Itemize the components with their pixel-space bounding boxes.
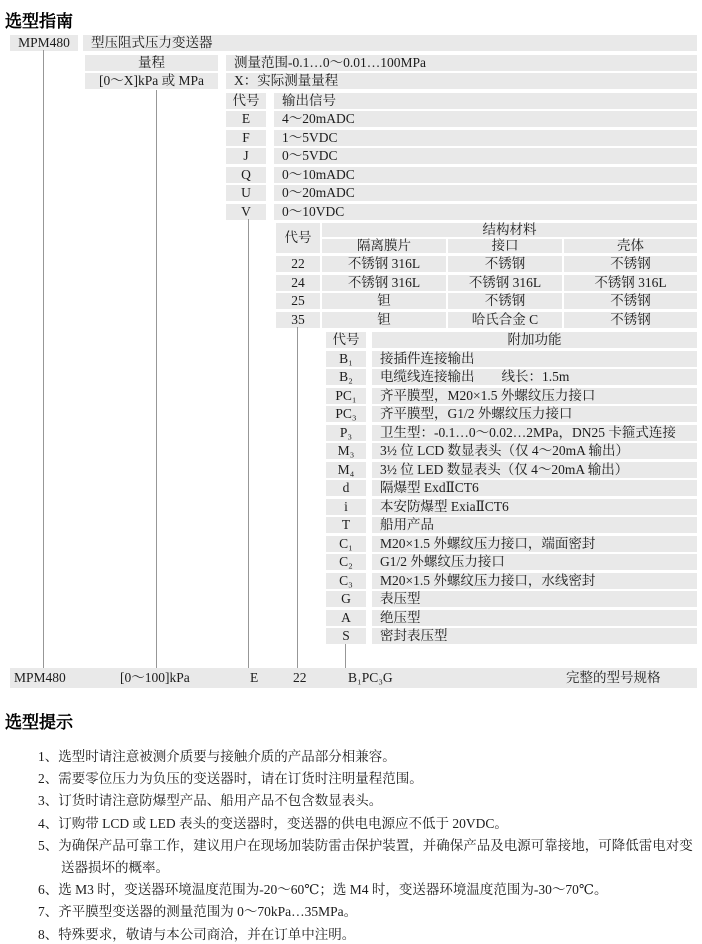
port-cell: 不锈钢 (448, 256, 562, 272)
summary-functions: B₁PC₃G (348, 668, 393, 688)
connector-line-material (297, 327, 298, 668)
code-cell: B₂ (326, 369, 366, 385)
diaphragm-cell: 钽 (322, 312, 446, 328)
code-cell: G (326, 591, 366, 607)
material-row: 25 钽 不锈钢 不锈钢 (0, 293, 702, 309)
function-row: PC₁ 齐平膜型，M20×1.5 外螺纹压力接口 (0, 388, 702, 404)
summary-model: MPM480 (14, 668, 66, 688)
desc-cell: 齐平膜型，M20×1.5 外螺纹压力接口 (372, 388, 697, 404)
range-description: 测量范围-0.1…0～0.01…100MPa (226, 55, 697, 71)
materials-col-header: 隔离膜片 (322, 239, 446, 253)
function-row: A 绝压型 (0, 610, 702, 626)
desc-cell: 0～10VDC (274, 204, 697, 220)
range-x-row: [0～X]kPa 或 MPa X：实际测量量程 (0, 73, 702, 89)
code-cell: C₂ (326, 554, 366, 570)
code-cell: i (326, 499, 366, 515)
code-cell: M₃ (326, 443, 366, 459)
tip-item: 8、特殊要求，敬请与本公司商洽，并在订单中注明。 (38, 924, 696, 944)
desc-cell: 表压型 (372, 591, 697, 607)
materials-header: 代号 结构材料 隔离膜片 接口 壳体 (0, 223, 702, 256)
tips-section-title: 选型提示 (5, 708, 73, 733)
output-row: J 0～5VDC (0, 148, 702, 164)
tip-item: 6、选 M3 时，变送器环境温度范围为-20～60℃；选 M4 时，变送器环境温… (38, 879, 696, 901)
code-cell: M₄ (326, 462, 366, 478)
function-row: M₃ 3½ 位 LCD 数显表头（仅 4～20mA 输出） (0, 443, 702, 459)
desc-cell: 隔爆型 ExdⅡCT6 (372, 480, 697, 496)
desc-cell: 3½ 位 LCD 数显表头（仅 4～20mA 输出） (372, 443, 697, 459)
diaphragm-cell: 钽 (322, 293, 446, 309)
desc-cell: G1/2 外螺纹压力接口 (372, 554, 697, 570)
code-cell: 25 (276, 293, 320, 309)
materials-table: 代号 结构材料 隔离膜片 接口 壳体 22 不锈钢 316L 不锈钢 不锈钢 2… (0, 223, 702, 330)
output-header-desc: 输出信号 (274, 93, 697, 109)
connector-line-model (43, 50, 44, 668)
output-header-code: 代号 (226, 93, 266, 109)
tip-item: 2、需要零位压力为负压的变送器时，请在订货时注明量程范围。 (38, 768, 696, 790)
desc-cell: M20×1.5 外螺纹压力接口，水线密封 (372, 573, 697, 589)
function-row: i 本安防爆型 ExiaⅡCT6 (0, 499, 702, 515)
material-row: 24 不锈钢 316L 不锈钢 316L 不锈钢 316L (0, 275, 702, 291)
function-row: M₄ 3½ 位 LED 数显表头（仅 4～20mA 输出） (0, 462, 702, 478)
desc-cell: M20×1.5 外螺纹压力接口，端面密封 (372, 536, 697, 552)
function-row: C₂ G1/2 外螺纹压力接口 (0, 554, 702, 570)
port-cell: 哈氏合金 C (448, 312, 562, 328)
code-cell: T (326, 517, 366, 533)
code-cell: V (226, 204, 266, 220)
desc-cell: 电缆线连接输出 线长：1.5m (372, 369, 697, 385)
tip-item: 7、齐平膜型变送器的测量范围为 0～70kPa…35MPa。 (38, 901, 696, 923)
diaphragm-cell: 不锈钢 316L (322, 256, 446, 272)
connector-line-range (156, 90, 157, 668)
code-cell: PC₃ (326, 406, 366, 422)
function-row: T 船用产品 (0, 517, 702, 533)
desc-cell: 4～20mADC (274, 111, 697, 127)
desc-cell: 船用产品 (372, 517, 697, 533)
output-row: V 0～10VDC (0, 204, 702, 220)
function-row: d 隔爆型 ExdⅡCT6 (0, 480, 702, 496)
code-cell: S (326, 628, 366, 644)
function-row: P₃ 卫生型：-0.1…0～0.02…2MPa，DN25 卡箍式连接 (0, 425, 702, 441)
functions-header-desc: 附加功能 (372, 332, 697, 348)
code-cell: 22 (276, 256, 320, 272)
material-row: 35 钽 哈氏合金 C 不锈钢 (0, 312, 702, 328)
desc-cell: 本安防爆型 ExiaⅡCT6 (372, 499, 697, 515)
summary-output: E (250, 668, 258, 688)
desc-cell: 0～20mADC (274, 185, 697, 201)
materials-header-code: 代号 (276, 223, 320, 253)
output-row: U 0～20mADC (0, 185, 702, 201)
tip-item: 1、选型时请注意被测介质要与接触介质的产品部分相兼容。 (38, 746, 696, 768)
desc-cell: 0～10mADC (274, 167, 697, 183)
desc-cell: 绝压型 (372, 610, 697, 626)
diaphragm-cell: 不锈钢 316L (322, 275, 446, 291)
output-header-row: 代号 输出信号 (0, 93, 702, 109)
range-x-description: X：实际测量量程 (226, 73, 697, 89)
code-cell: C₁ (326, 536, 366, 552)
output-signal-table: 代号 输出信号 E 4～20mADC F 1～5VDC J 0～5VDC Q 0… (0, 93, 702, 223)
model-code: MPM480 (10, 35, 78, 51)
code-cell: PC₁ (326, 388, 366, 404)
desc-cell: 接插件连接输出 (372, 351, 697, 367)
tips-list: 1、选型时请注意被测介质要与接触介质的产品部分相兼容。 2、需要零位压力为负压的… (38, 746, 696, 944)
code-cell: A (326, 610, 366, 626)
desc-cell: 1～5VDC (274, 130, 697, 146)
connector-line-function (345, 644, 346, 668)
code-cell: C₃ (326, 573, 366, 589)
range-label: 量程 (85, 55, 218, 71)
housing-cell: 不锈钢 316L (564, 275, 697, 291)
range-x-label: [0～X]kPa 或 MPa (85, 73, 218, 89)
complete-model-row: MPM480 [0～100]kPa E 22 B₁PC₃G 完整的型号规格 (10, 668, 697, 688)
housing-cell: 不锈钢 (564, 293, 697, 309)
code-cell: P₃ (326, 425, 366, 441)
housing-cell: 不锈钢 (564, 256, 697, 272)
range-row: 量程 测量范围-0.1…0～0.01…100MPa (0, 55, 702, 71)
tip-item: 3、订货时请注意防爆型产品、船用产品不包含数显表头。 (38, 790, 696, 812)
output-row: Q 0～10mADC (0, 167, 702, 183)
output-row: F 1～5VDC (0, 130, 702, 146)
code-cell: F (226, 130, 266, 146)
function-row: C₃ M20×1.5 外螺纹压力接口，水线密封 (0, 573, 702, 589)
output-row: E 4～20mADC (0, 111, 702, 127)
function-row: B₁ 接插件连接输出 (0, 351, 702, 367)
code-cell: Q (226, 167, 266, 183)
model-description: 型压阻式压力变送器 (83, 35, 697, 51)
materials-col-header: 接口 (448, 239, 562, 253)
code-cell: J (226, 148, 266, 164)
guide-section-title: 选型指南 (5, 7, 73, 32)
functions-header-row: 代号 附加功能 (0, 332, 702, 348)
function-row: G 表压型 (0, 591, 702, 607)
materials-col-header: 壳体 (564, 239, 697, 253)
port-cell: 不锈钢 (448, 293, 562, 309)
material-row: 22 不锈钢 316L 不锈钢 不锈钢 (0, 256, 702, 272)
desc-cell: 齐平膜型，G1/2 外螺纹压力接口 (372, 406, 697, 422)
code-cell: E (226, 111, 266, 127)
code-cell: U (226, 185, 266, 201)
materials-group-header: 结构材料 (322, 223, 697, 237)
tip-item: 5、为确保产品可靠工作，建议用户在现场加装防雷击保护装置，并确保产品及电源可靠接… (38, 835, 696, 879)
ordering-code-table: MPM480 型压阻式压力变送器 量程 测量范围-0.1…0～0.01…100M… (0, 35, 702, 92)
desc-cell: 密封表压型 (372, 628, 697, 644)
summary-label: 完整的型号规格 (566, 668, 661, 688)
tip-item: 4、订购带 LCD 或 LED 表头的变送器时，变送器的供电电源应不低于 20V… (38, 813, 696, 835)
port-cell: 不锈钢 316L (448, 275, 562, 291)
summary-range: [0～100]kPa (120, 668, 190, 688)
desc-cell: 0～5VDC (274, 148, 697, 164)
desc-cell: 卫生型：-0.1…0～0.02…2MPa，DN25 卡箍式连接 (372, 425, 697, 441)
function-row: B₂ 电缆线连接输出 线长：1.5m (0, 369, 702, 385)
housing-cell: 不锈钢 (564, 312, 697, 328)
function-row: PC₃ 齐平膜型，G1/2 外螺纹压力接口 (0, 406, 702, 422)
functions-header-code: 代号 (326, 332, 366, 348)
code-cell: 24 (276, 275, 320, 291)
summary-material: 22 (293, 668, 307, 688)
code-cell: d (326, 480, 366, 496)
code-cell: 35 (276, 312, 320, 328)
function-row: C₁ M20×1.5 外螺纹压力接口，端面密封 (0, 536, 702, 552)
code-cell: B₁ (326, 351, 366, 367)
desc-cell: 3½ 位 LED 数显表头（仅 4～20mA 输出） (372, 462, 697, 478)
model-row: MPM480 型压阻式压力变送器 (0, 35, 702, 51)
connector-line-output (248, 219, 249, 668)
function-row: S 密封表压型 (0, 628, 702, 644)
functions-table: 代号 附加功能 B₁ 接插件连接输出 B₂ 电缆线连接输出 线长：1.5m PC… (0, 332, 702, 647)
